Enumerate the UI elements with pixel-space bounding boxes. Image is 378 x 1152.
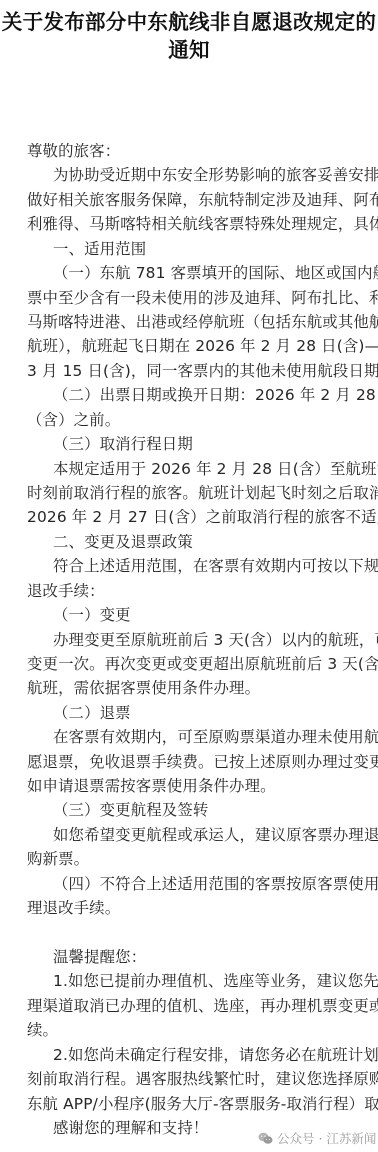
reminder-line: 温馨提醒您： bbox=[53, 947, 363, 967]
notice-title-line-1: 关于发布部分中东航线非自愿退改规定的 bbox=[0, 8, 378, 36]
reminder-line: 刻前取消行程。遇客服热线繁忙时，建议您选择原购票渠道、 bbox=[27, 1069, 362, 1089]
watermark: 公众号 · 江苏新闻 bbox=[258, 1129, 376, 1147]
body-line: 退改手续： bbox=[27, 581, 362, 601]
body-line: 一、适用范围 bbox=[53, 239, 363, 259]
body-line: 3 月 15 日(含)，同一客票内的其他未使用航段日期不限。 bbox=[27, 361, 362, 381]
body-line: 办理变更至原航班前后 3 天(含）以内的航班，可免费 bbox=[53, 630, 363, 650]
body-line: 做好相关旅客服务保障，东航特制定涉及迪拜、阿布扎比、 bbox=[27, 190, 362, 210]
body-line: 二、变更及退票政策 bbox=[53, 532, 363, 552]
wechat-icon bbox=[258, 1132, 273, 1145]
body-line: 符合上述适用范围，在客票有效期内可按以下规则办理 bbox=[53, 556, 363, 576]
body-line: 马斯喀特进港、出港或经停航班（包括东航或其他航空公司 bbox=[27, 312, 362, 332]
body-line: 如您希望变更航程或承运人，建议原客票办理退票后另 bbox=[53, 825, 363, 845]
body-line: 航班，需依据客票使用条件办理。 bbox=[27, 678, 362, 698]
body-line: 为协助受近期中东安全形势影响的旅客妥善安排行程， bbox=[53, 165, 363, 185]
body-line: （含）之前。 bbox=[27, 410, 362, 430]
reminder-line: 1.如您已提前办理值机、选座等业务，建议您先回原办 bbox=[53, 971, 363, 991]
reminder-line: 续。 bbox=[27, 1020, 362, 1040]
body-line: 时刻前取消行程的旅客。航班计划起飞时刻之后取消行程及 bbox=[27, 483, 362, 503]
notice-title-line-2: 通知 bbox=[0, 36, 378, 64]
reminder-line: 2.如您尚未确定行程安排，请您务必在航班计划起飞时 bbox=[53, 1045, 363, 1065]
body-line: 变更一次。再次变更或变更超出原航班前后 3 天(含）内的 bbox=[27, 654, 362, 674]
reminder-line: 东航 APP/小程序(服务大厅-客票服务-取消行程）取消行程。 bbox=[27, 1094, 362, 1114]
body-line: 如申请退票需按客票使用条件办理。 bbox=[27, 776, 362, 796]
body-line: 在客票有效期内，可至原购票渠道办理未使用航段非自 bbox=[53, 727, 363, 747]
reminder-line: 理渠道取消已办理的值机、选座，再办理机票变更或退票手 bbox=[27, 996, 362, 1016]
body-line: 本规定适用于 2026 年 2 月 28 日(含）至航班计划起飞 bbox=[53, 459, 363, 479]
body-line: （三）变更航程及签转 bbox=[53, 800, 363, 820]
body-line: （一）东航 781 客票填开的国际、地区或国内航班。客 bbox=[53, 263, 363, 283]
body-line: 航班），航班起飞日期在 2026 年 2 月 28 日(含)—2026 年 bbox=[27, 336, 362, 356]
body-line: 愿退票，免收退票手续费。已按上述原则办理过变更的客票 bbox=[27, 752, 362, 772]
body-line: （二）退票 bbox=[53, 703, 363, 723]
body-line: 利雅得、马斯喀特相关航线客票特殊处理规定，具体如下： bbox=[27, 214, 362, 234]
body-line: 票中至少含有一段未使用的涉及迪拜、阿布扎比、利雅得、 bbox=[27, 288, 362, 308]
body-line: 购新票。 bbox=[27, 849, 362, 869]
body-line: （二）出票日期或换开日期：2026 年 2 月 28 日 20:00 bbox=[53, 385, 363, 405]
body-line: 2026 年 2 月 27 日(含）之前取消行程的旅客不适用本规定。 bbox=[27, 507, 362, 527]
body-line: 理退改手续。 bbox=[27, 898, 362, 918]
body-line: 尊敬的旅客： bbox=[27, 141, 362, 161]
body-line: （一）变更 bbox=[53, 605, 363, 625]
body-line: （四）不符合上述适用范围的客票按原客票使用条件办 bbox=[53, 874, 363, 894]
watermark-text: 公众号 · 江苏新闻 bbox=[277, 1129, 376, 1147]
body-line: （三）取消行程日期 bbox=[53, 434, 363, 454]
